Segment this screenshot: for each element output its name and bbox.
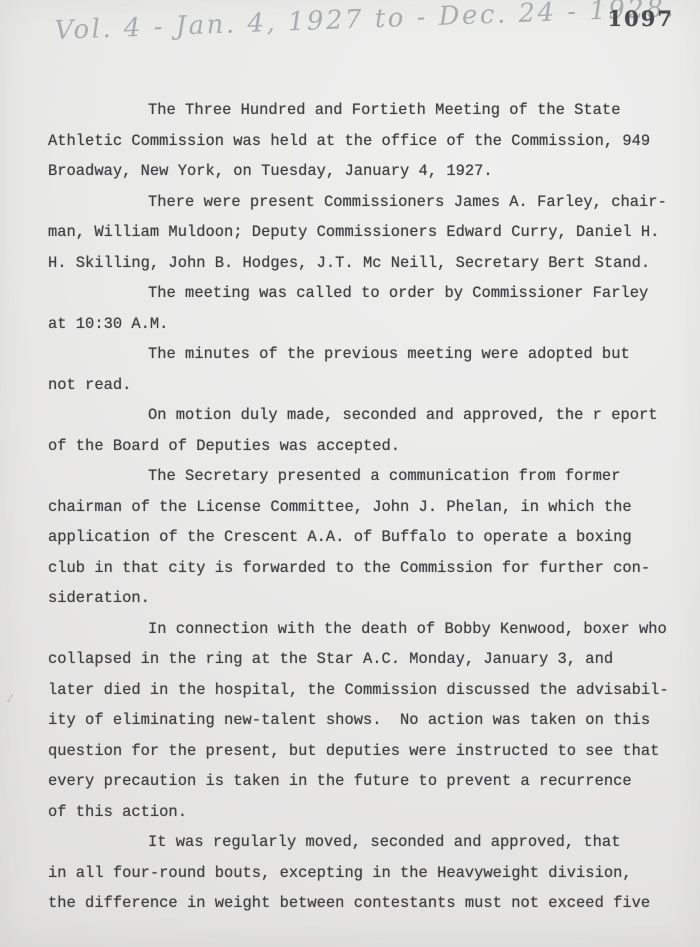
page-number: 1097 <box>608 6 674 31</box>
document-line: at 10:30 A.M. <box>48 309 680 340</box>
pencil-margin-mark: ✓ <box>4 691 18 708</box>
document-line: The Three Hundred and Fortieth Meeting o… <box>48 95 680 126</box>
document-line: application of the Crescent A.A. of Buff… <box>48 522 680 553</box>
document-line: collapsed in the ring at the Star A.C. M… <box>48 644 680 675</box>
document-line: The minutes of the previous meeting were… <box>48 339 680 370</box>
document-line: not read. <box>48 370 680 401</box>
document-line: Broadway, New York, on Tuesday, January … <box>48 156 680 187</box>
document-line: H. Skilling, John B. Hodges, J.T. Mc Nei… <box>48 248 680 279</box>
document-line: of the Board of Deputies was accepted. <box>48 431 680 462</box>
document-line: later died in the hospital, the Commissi… <box>48 675 680 706</box>
document-line: The meeting was called to order by Commi… <box>48 278 680 309</box>
document-line: It was regularly moved, seconded and app… <box>48 827 680 858</box>
document-line: sideration. <box>48 583 680 614</box>
document-line: every precaution is taken in the future … <box>48 766 680 797</box>
handwritten-volume-annotation: Vol. 4 - Jan. 4, 1927 to - Dec. 24 - 192… <box>54 0 635 46</box>
document-line: club in that city is forwarded to the Co… <box>48 553 680 584</box>
document-line: chairman of the License Committee, John … <box>48 492 680 523</box>
document-line: question for the present, but deputies w… <box>48 736 680 767</box>
document-line: The Secretary presented a communication … <box>48 461 680 492</box>
document-body: The Three Hundred and Fortieth Meeting o… <box>48 95 680 919</box>
document-line: Athletic Commission was held at the offi… <box>48 126 680 157</box>
document-line: On motion duly made, seconded and approv… <box>48 400 680 431</box>
document-line: in all four-round bouts, excepting in th… <box>48 858 680 889</box>
document-page: Vol. 4 - Jan. 4, 1927 to - Dec. 24 - 192… <box>0 0 700 947</box>
document-line: In connection with the death of Bobby Ke… <box>48 614 680 645</box>
document-line: ity of eliminating new-talent shows. No … <box>48 705 680 736</box>
document-line: There were present Commissioners James A… <box>48 187 680 218</box>
document-line: man, William Muldoon; Deputy Commissione… <box>48 217 680 248</box>
document-line: of this action. <box>48 797 680 828</box>
document-line: the difference in weight between contest… <box>48 888 680 919</box>
